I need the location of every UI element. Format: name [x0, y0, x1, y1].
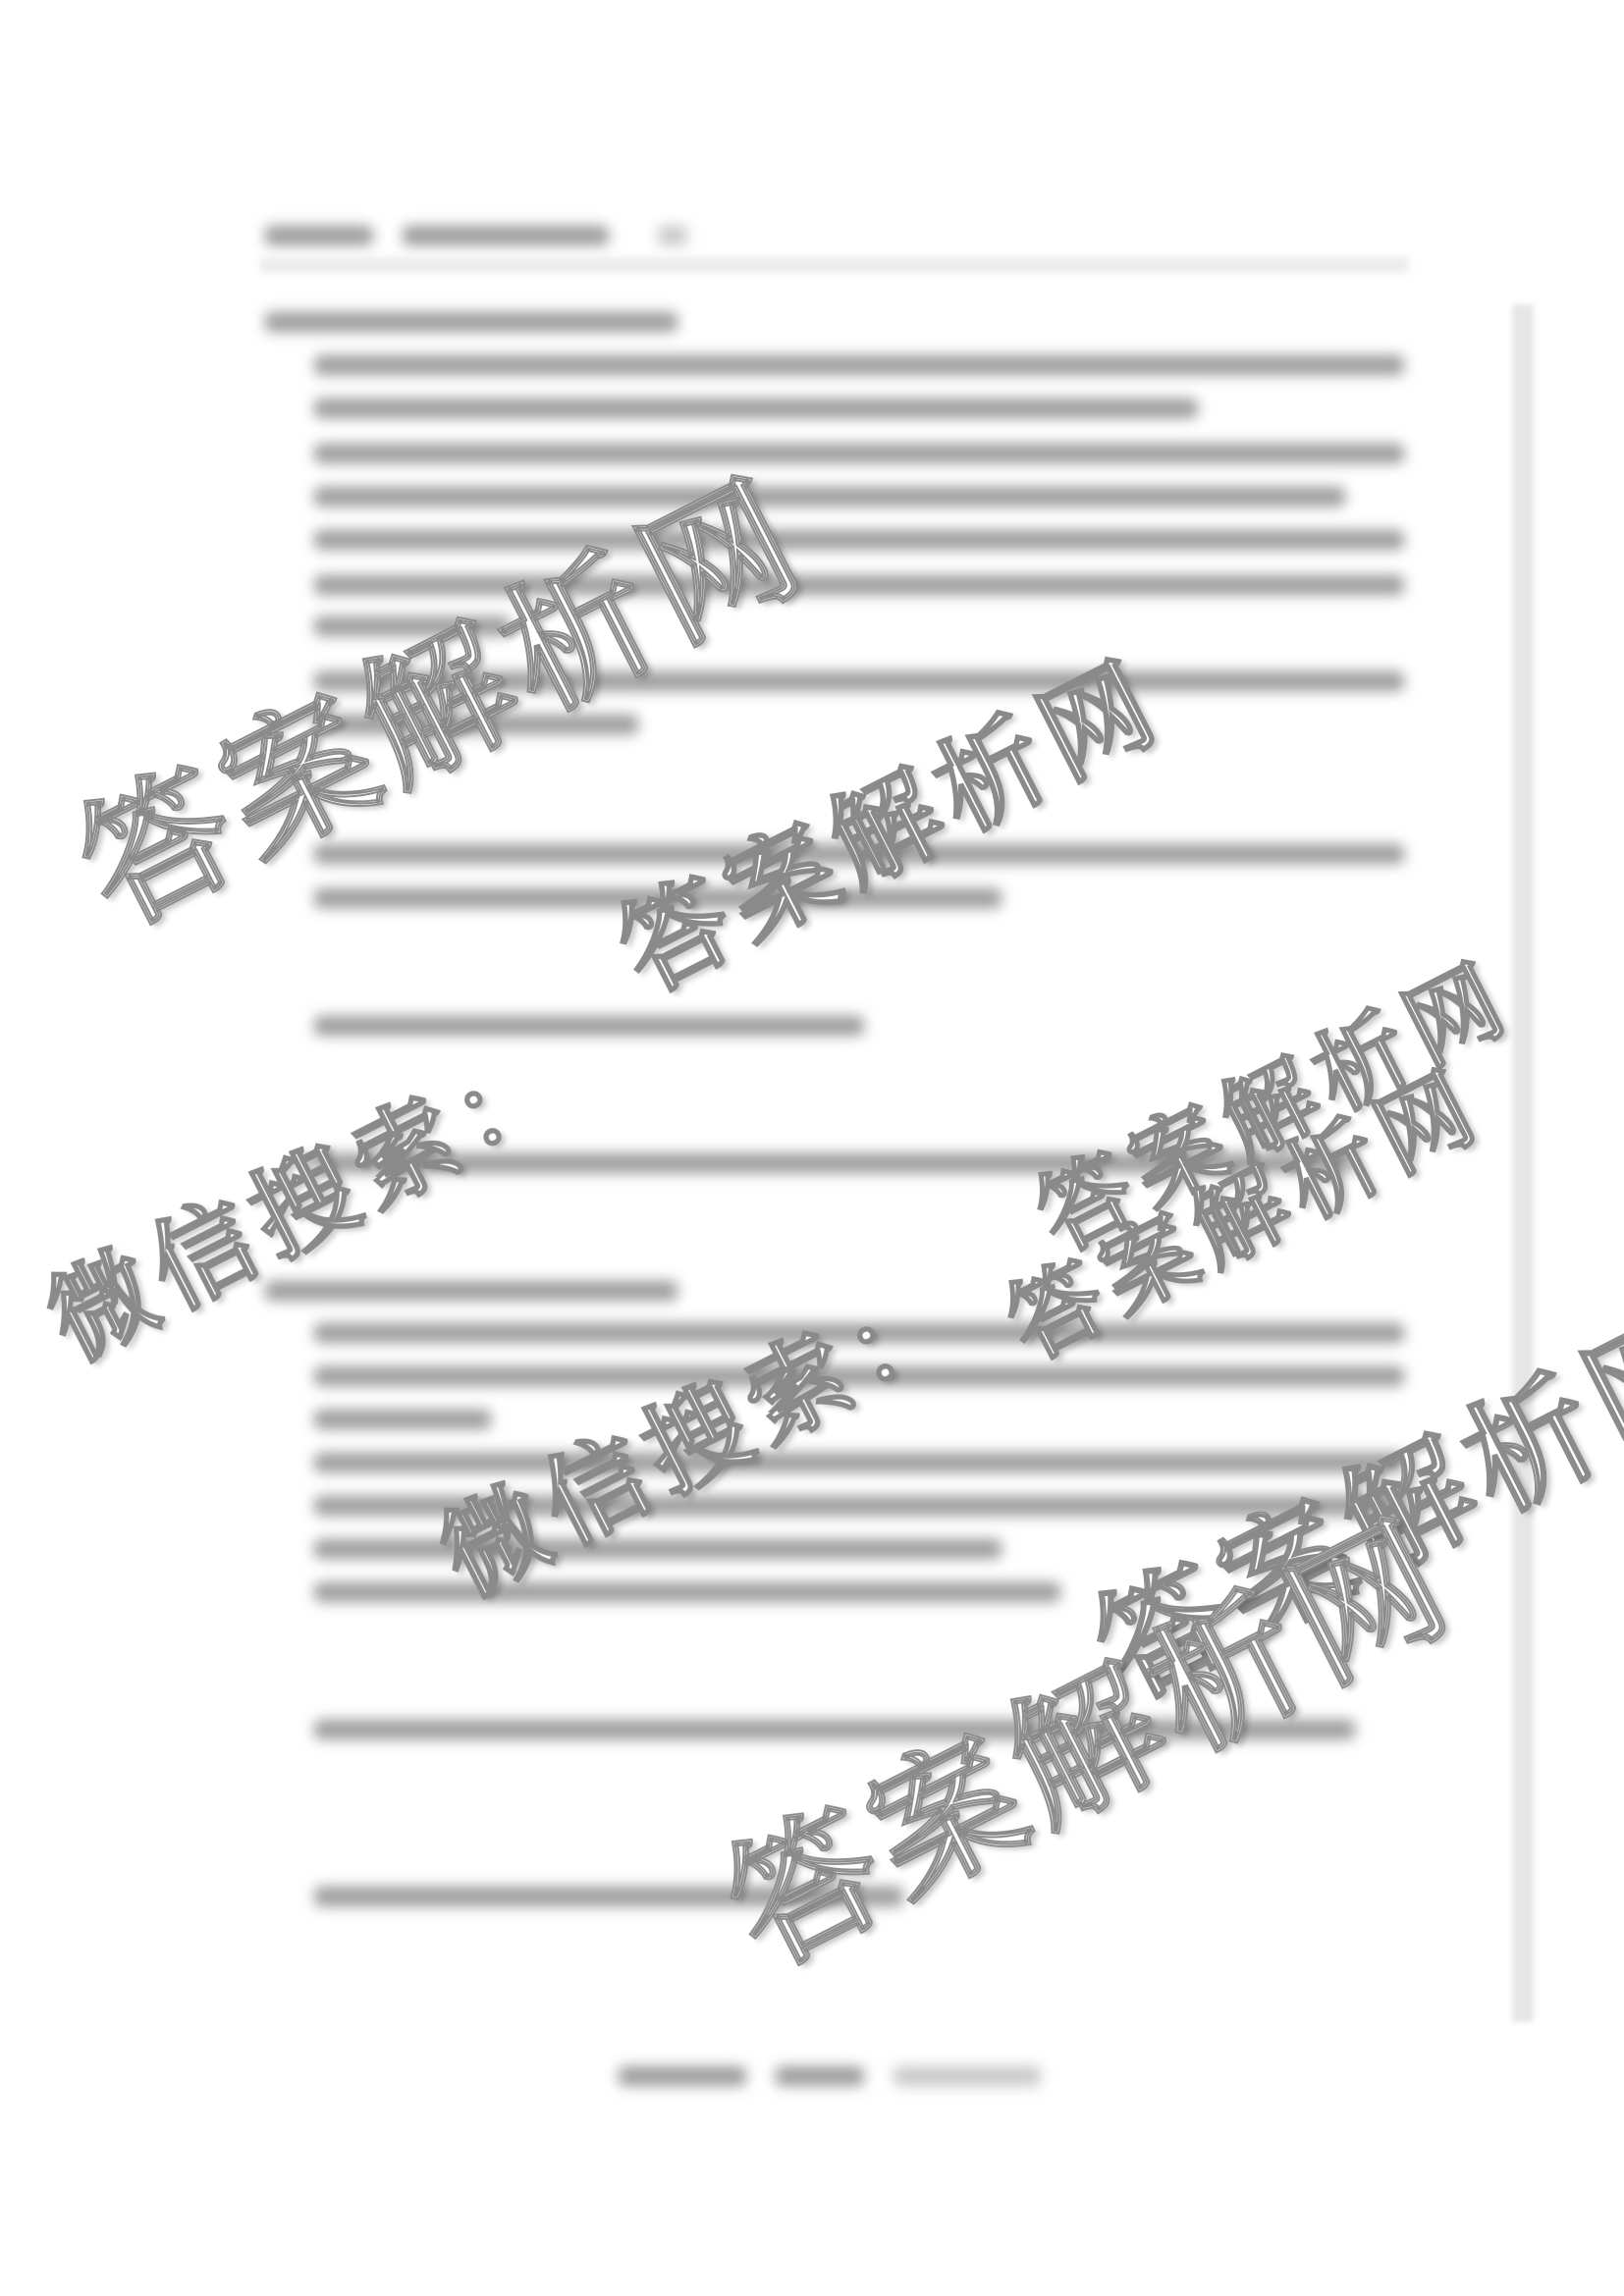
margin-bar [1512, 304, 1534, 2022]
body-text-line [314, 444, 1404, 463]
body-text-line [314, 487, 1345, 507]
body-text-line [314, 888, 1001, 908]
footer-text-block [893, 2066, 1041, 2086]
body-text-line [314, 355, 1404, 375]
header-divider [260, 257, 1409, 273]
body-text-line [314, 844, 1404, 864]
body-text-line [314, 530, 1404, 550]
body-text-line [314, 399, 1198, 418]
body-text-line [314, 575, 1404, 595]
body-text-line [314, 1720, 1355, 1739]
body-text-line [314, 1153, 1355, 1173]
body-text-line [314, 1582, 1060, 1602]
footer-text-block [776, 2066, 864, 2086]
body-text-line [314, 616, 511, 636]
body-text-line [265, 1281, 677, 1301]
body-text-line [314, 1496, 1404, 1516]
body-text-line [314, 1016, 864, 1036]
body-text-line [265, 312, 677, 332]
body-text-line [314, 1453, 1404, 1472]
body-text-line [314, 1539, 1001, 1559]
header-text-block [658, 226, 687, 245]
body-text-line [314, 1366, 1404, 1386]
header-text-block [265, 226, 373, 245]
footer-text-block [619, 2066, 746, 2086]
body-text-line [314, 715, 638, 734]
watermark-text: 答案解析网 [1011, 925, 1532, 1278]
body-text-line [314, 1887, 903, 1906]
body-text-line [314, 671, 1404, 691]
body-text-line [314, 1410, 491, 1429]
body-text-line [314, 1323, 1404, 1343]
document-page: 答案解析网 答案解析网 答案解析网 微信搜索： 答案解析网 微信搜索： 答案解析… [0, 0, 1624, 2296]
header-text-block [403, 226, 609, 245]
